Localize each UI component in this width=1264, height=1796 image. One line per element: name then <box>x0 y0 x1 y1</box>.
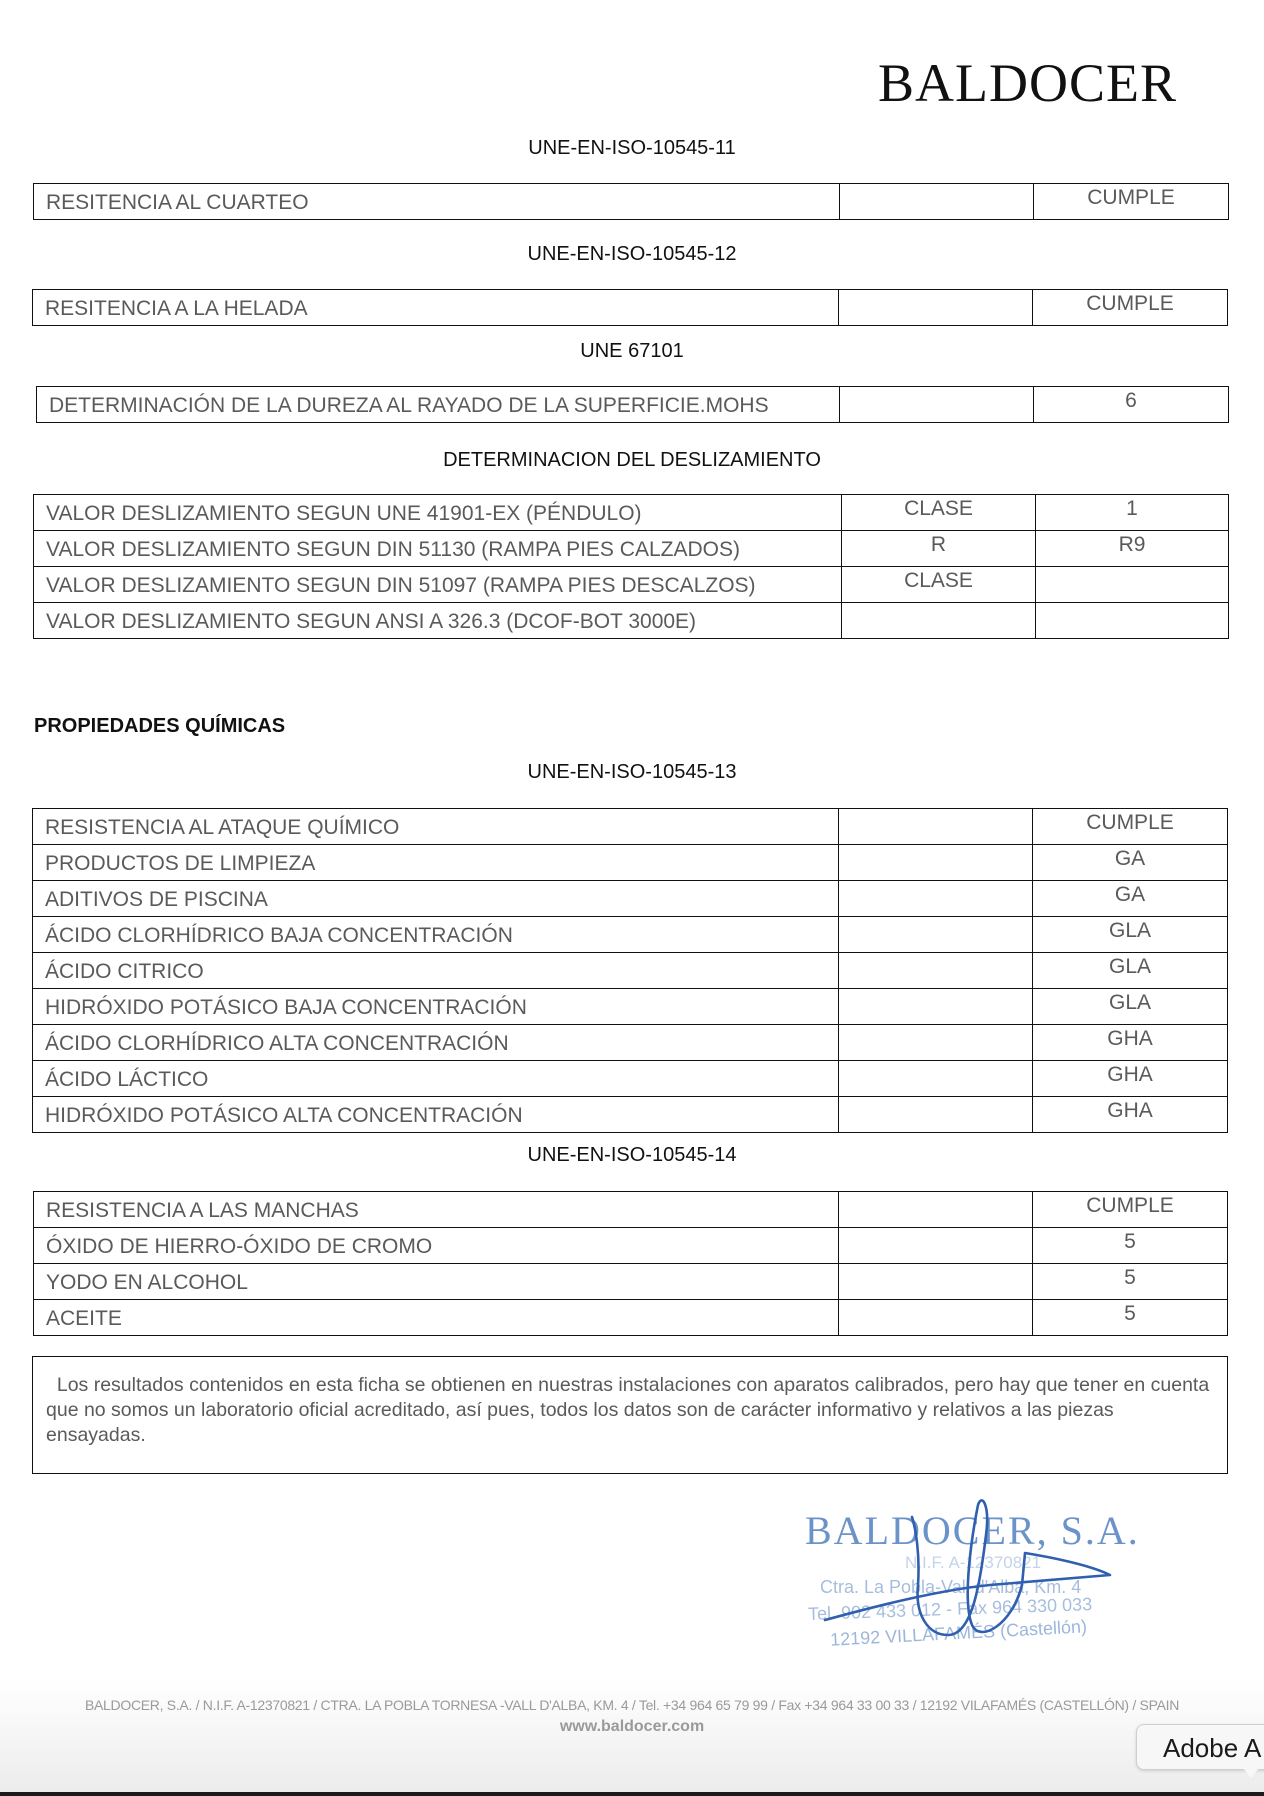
standard-heading-cuarteo: UNE-EN-ISO-10545-11 <box>0 137 1264 160</box>
standard-heading-slip: DETERMINACION DEL DESLIZAMIENTO <box>0 449 1264 472</box>
row-value: CUMPLE <box>1033 809 1228 845</box>
row-unit <box>839 1228 1033 1264</box>
row-value: CUMPLE <box>1033 290 1228 326</box>
row-label: RESITENCIA A LA HELADA <box>33 290 839 326</box>
table-row: DETERMINACIÓN DE LA DUREZA AL RAYADO DE … <box>37 387 1229 423</box>
footer-website: www.baldocer.com <box>0 1718 1264 1736</box>
row-label: ÁCIDO LÁCTICO <box>33 1061 839 1097</box>
table-row: ACEITE5 <box>34 1300 1228 1336</box>
table-row: ÁCIDO CITRICOGLA <box>33 953 1228 989</box>
row-label: PRODUCTOS DE LIMPIEZA <box>33 845 839 881</box>
table-row: RESITENCIA AL CUARTEOCUMPLE <box>34 184 1229 220</box>
table-row: VALOR DESLIZAMIENTO SEGUN UNE 41901-EX (… <box>34 495 1229 531</box>
table-row: YODO EN ALCOHOL5 <box>34 1264 1228 1300</box>
row-label: RESITENCIA AL CUARTEO <box>34 184 840 220</box>
row-value: 5 <box>1033 1228 1228 1264</box>
row-unit <box>839 917 1033 953</box>
table-row: HIDRÓXIDO POTÁSICO ALTA CONCENTRACIÓNGHA <box>33 1097 1228 1133</box>
row-label: ÓXIDO DE HIERRO-ÓXIDO DE CROMO <box>34 1228 839 1264</box>
table-row: VALOR DESLIZAMIENTO SEGUN DIN 51097 (RAM… <box>34 567 1229 603</box>
row-label: YODO EN ALCOHOL <box>34 1264 839 1300</box>
row-label: DETERMINACIÓN DE LA DUREZA AL RAYADO DE … <box>37 387 840 423</box>
row-label: VALOR DESLIZAMIENTO SEGUN DIN 51097 (RAM… <box>34 567 842 603</box>
row-value: GA <box>1033 845 1228 881</box>
row-value: GLA <box>1033 953 1228 989</box>
row-unit <box>839 1192 1033 1228</box>
row-label: HIDRÓXIDO POTÁSICO BAJA CONCENTRACIÓN <box>33 989 839 1025</box>
cuarteo-table: RESITENCIA AL CUARTEOCUMPLE <box>33 183 1229 220</box>
row-unit <box>839 953 1033 989</box>
table-row: RESITENCIA A LA HELADACUMPLE <box>33 290 1228 326</box>
standard-heading-helada: UNE-EN-ISO-10545-12 <box>0 243 1264 266</box>
row-unit: CLASE <box>842 495 1036 531</box>
stains-table: RESISTENCIA A LAS MANCHASCUMPLEÓXIDO DE … <box>33 1191 1228 1336</box>
row-label: RESISTENCIA AL ATAQUE QUÍMICO <box>33 809 839 845</box>
row-unit <box>839 1061 1033 1097</box>
mohs-table: DETERMINACIÓN DE LA DUREZA AL RAYADO DE … <box>36 386 1229 423</box>
table-row: ADITIVOS DE PISCINAGA <box>33 881 1228 917</box>
row-unit <box>839 845 1033 881</box>
row-unit <box>840 184 1034 220</box>
row-value: GHA <box>1033 1097 1228 1133</box>
table-row: PRODUCTOS DE LIMPIEZAGA <box>33 845 1228 881</box>
row-label: VALOR DESLIZAMIENTO SEGUN DIN 51130 (RAM… <box>34 531 842 567</box>
row-unit <box>840 387 1034 423</box>
footer-address: BALDOCER, S.A. / N.I.F. A-12370821 / CTR… <box>0 1697 1264 1713</box>
row-label: ÁCIDO CLORHÍDRICO ALTA CONCENTRACIÓN <box>33 1025 839 1061</box>
row-value: CUMPLE <box>1034 184 1229 220</box>
row-value: GLA <box>1033 917 1228 953</box>
row-unit <box>839 1097 1033 1133</box>
table-row: ÓXIDO DE HIERRO-ÓXIDO DE CROMO5 <box>34 1228 1228 1264</box>
bottom-dark-bar <box>0 1792 1264 1796</box>
table-row: VALOR DESLIZAMIENTO SEGUN DIN 51130 (RAM… <box>34 531 1229 567</box>
table-row: ÁCIDO CLORHÍDRICO BAJA CONCENTRACIÓNGLA <box>33 917 1228 953</box>
row-value <box>1036 603 1229 639</box>
row-label: ÁCIDO CLORHÍDRICO BAJA CONCENTRACIÓN <box>33 917 839 953</box>
table-row: ÁCIDO CLORHÍDRICO ALTA CONCENTRACIÓNGHA <box>33 1025 1228 1061</box>
row-unit: R <box>842 531 1036 567</box>
chemical-table: RESISTENCIA AL ATAQUE QUÍMICOCUMPLEPRODU… <box>32 808 1228 1133</box>
row-value: R9 <box>1036 531 1229 567</box>
row-value: GLA <box>1033 989 1228 1025</box>
row-value: 5 <box>1033 1300 1228 1336</box>
row-value: GHA <box>1033 1025 1228 1061</box>
standard-heading-chemical: UNE-EN-ISO-10545-13 <box>0 761 1264 784</box>
signature-icon <box>800 1495 1150 1655</box>
row-unit <box>839 881 1033 917</box>
row-unit: CLASE <box>842 567 1036 603</box>
row-label: RESISTENCIA A LAS MANCHAS <box>34 1192 839 1228</box>
row-value <box>1036 567 1229 603</box>
row-value: GHA <box>1033 1061 1228 1097</box>
row-unit <box>842 603 1036 639</box>
company-stamp: BALDOCER, S.A. N.I.F. A-12370821 Ctra. L… <box>800 1495 1150 1655</box>
slip-table: VALOR DESLIZAMIENTO SEGUN UNE 41901-EX (… <box>33 494 1229 639</box>
row-value: CUMPLE <box>1033 1192 1228 1228</box>
standard-heading-stains: UNE-EN-ISO-10545-14 <box>0 1144 1264 1167</box>
table-row: RESISTENCIA A LAS MANCHASCUMPLE <box>34 1192 1228 1228</box>
row-value: 6 <box>1034 387 1229 423</box>
table-row: VALOR DESLIZAMIENTO SEGUN ANSI A 326.3 (… <box>34 603 1229 639</box>
tooltip-pointer <box>1243 1768 1259 1778</box>
chemical-properties-title: PROPIEDADES QUÍMICAS <box>34 715 285 738</box>
row-label: ADITIVOS DE PISCINA <box>33 881 839 917</box>
row-unit <box>839 1264 1033 1300</box>
row-label: HIDRÓXIDO POTÁSICO ALTA CONCENTRACIÓN <box>33 1097 839 1133</box>
row-value: 5 <box>1033 1264 1228 1300</box>
row-unit <box>839 290 1033 326</box>
standard-heading-mohs: UNE 67101 <box>0 340 1264 363</box>
table-row: RESISTENCIA AL ATAQUE QUÍMICOCUMPLE <box>33 809 1228 845</box>
helada-table: RESITENCIA A LA HELADACUMPLE <box>32 289 1228 326</box>
row-label: VALOR DESLIZAMIENTO SEGUN UNE 41901-EX (… <box>34 495 842 531</box>
table-row: HIDRÓXIDO POTÁSICO BAJA CONCENTRACIÓNGLA <box>33 989 1228 1025</box>
baldocer-logo: BALDOCER <box>878 52 1177 114</box>
document-page: BALDOCER UNE-EN-ISO-10545-11 RESITENCIA … <box>0 0 1264 1796</box>
row-unit <box>839 809 1033 845</box>
row-label: ACEITE <box>34 1300 839 1336</box>
row-unit <box>839 1300 1033 1336</box>
table-row: ÁCIDO LÁCTICOGHA <box>33 1061 1228 1097</box>
disclaimer-note: Los resultados contenidos en esta ficha … <box>32 1356 1228 1474</box>
adobe-tooltip[interactable]: Adobe A <box>1136 1724 1264 1770</box>
row-unit <box>839 1025 1033 1061</box>
row-unit <box>839 989 1033 1025</box>
row-label: VALOR DESLIZAMIENTO SEGUN ANSI A 326.3 (… <box>34 603 842 639</box>
row-value: 1 <box>1036 495 1229 531</box>
row-label: ÁCIDO CITRICO <box>33 953 839 989</box>
row-value: GA <box>1033 881 1228 917</box>
